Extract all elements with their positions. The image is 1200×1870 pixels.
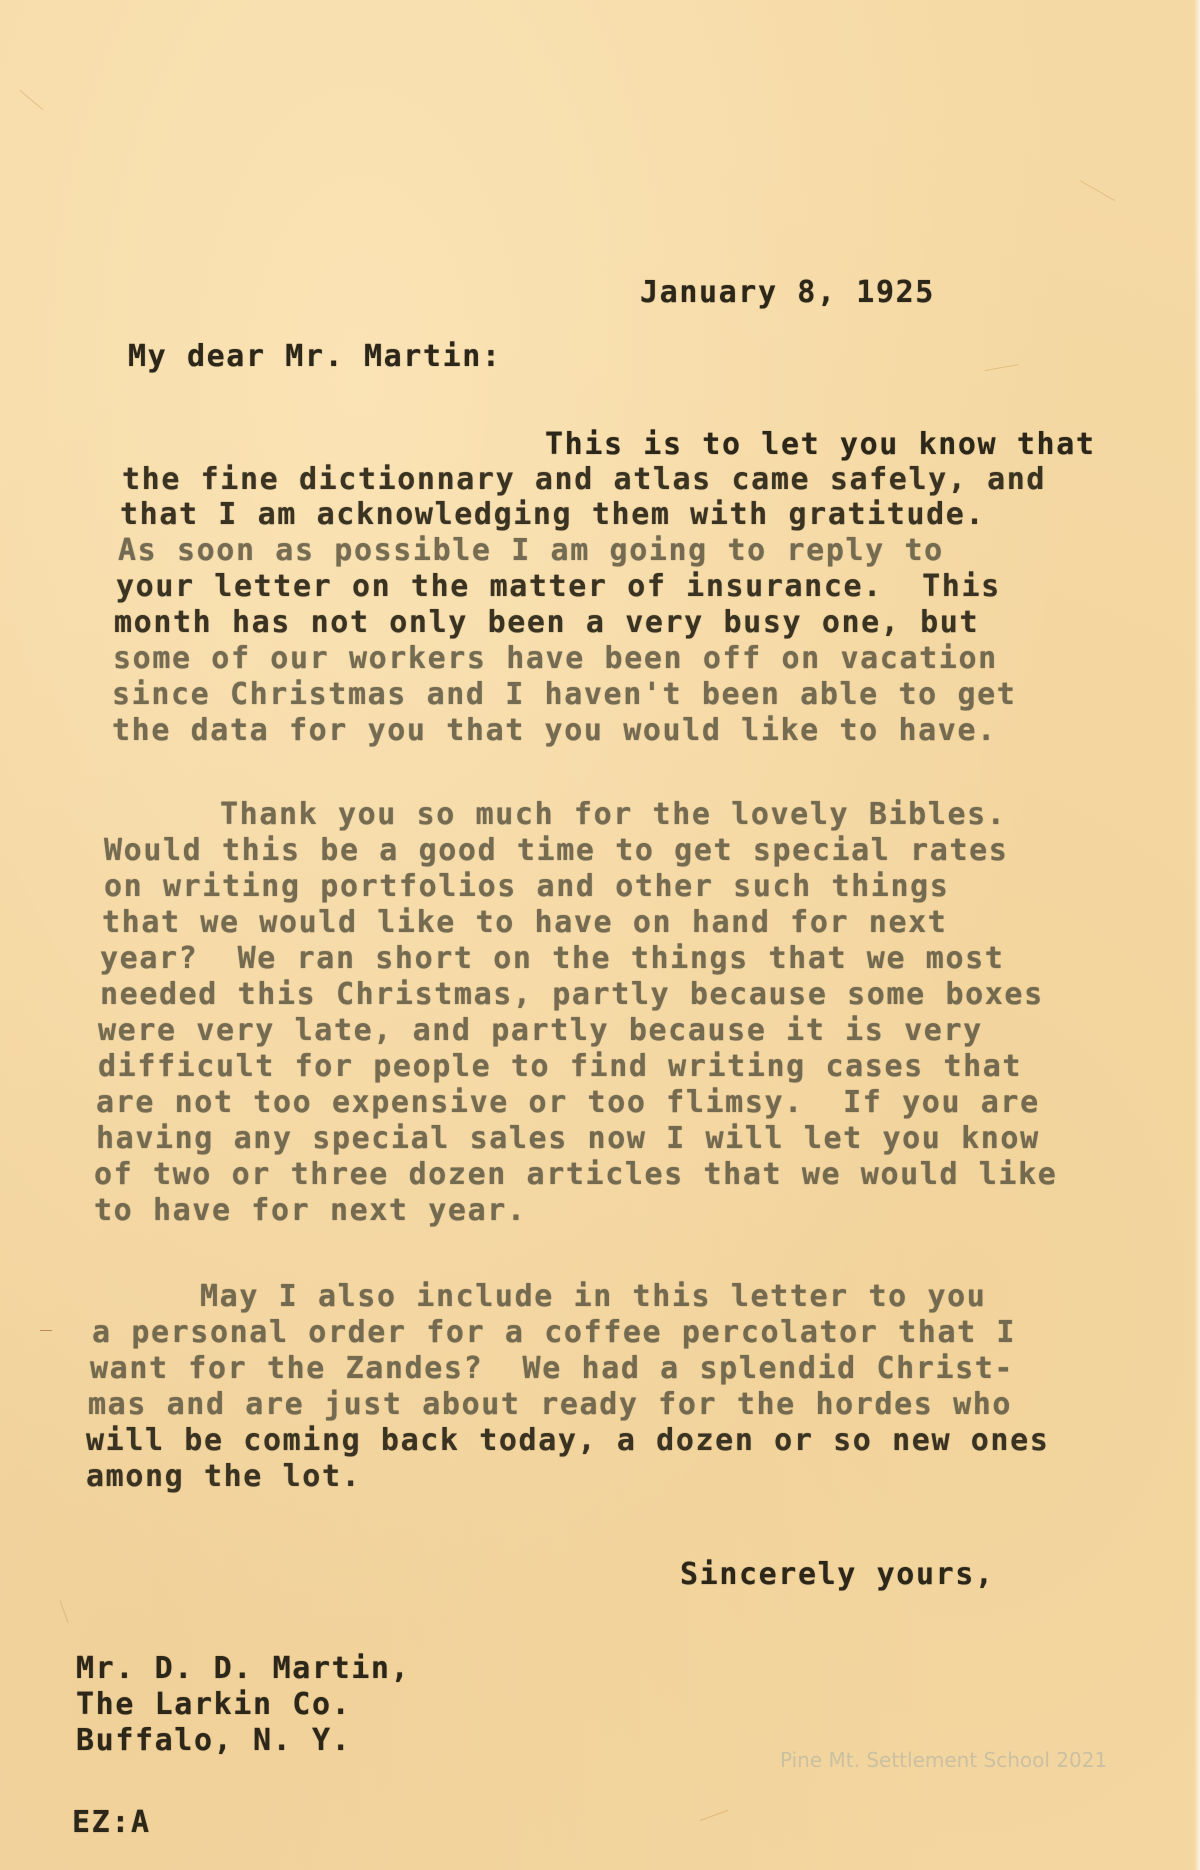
paragraph-line: to have for next year. — [94, 1196, 527, 1226]
salutation: My dear Mr. Martin: — [128, 342, 502, 372]
reference-initials: EZ:A — [72, 1808, 151, 1838]
paragraph-line: the fine dictionnary and atlas came safe… — [122, 465, 1046, 495]
paragraph-line: This is to let you know that — [545, 430, 1096, 460]
archive-watermark: Pine Mt. Settlement School 2021 — [780, 1748, 1107, 1772]
paragraph-line: mas and are just about ready for the hor… — [88, 1390, 1012, 1420]
address-line: Buffalo, N. Y. — [76, 1726, 351, 1756]
paper-edge — [1194, 0, 1200, 1870]
letter-page: January 8, 1925 My dear Mr. Martin: This… — [0, 0, 1200, 1870]
paragraph-line: on writing portfolios and other such thi… — [104, 872, 949, 902]
paragraph-line: of two or three dozen articles that we w… — [94, 1160, 1057, 1190]
paper-fiber — [20, 90, 44, 110]
paragraph-line: some of our workers have been off on vac… — [113, 644, 998, 674]
paragraph-line: Would this be a good time to get special… — [104, 836, 1008, 866]
paragraph-line: want for the Zandes? We had a splendid C… — [90, 1354, 1014, 1384]
letter-date: January 8, 1925 — [640, 278, 935, 308]
paragraph-line: Thank you so much for the lovely Bibles. — [220, 800, 1006, 830]
paragraph-line: a personal order for a coffee percolator… — [92, 1318, 1016, 1348]
paper-fiber — [60, 1600, 69, 1623]
paragraph-line: that I am acknowledging them with gratit… — [120, 500, 985, 530]
paper-mark — [40, 1330, 52, 1331]
paragraph-line: needed this Christmas, partly because so… — [100, 980, 1044, 1010]
paragraph-line: among the lot. — [86, 1462, 361, 1492]
paper-fiber — [1080, 180, 1115, 201]
paragraph-line: were very late, and partly because it is… — [98, 1016, 983, 1046]
paragraph-line: having any special sales now I will let … — [96, 1124, 1040, 1154]
paragraph-line: As soon as possible I am going to reply … — [118, 536, 944, 566]
paragraph-line: will be coming back today, a dozen or so… — [86, 1426, 1049, 1456]
closing: Sincerely yours, — [680, 1560, 995, 1590]
address-line: Mr. D. D. Martin, — [76, 1654, 410, 1684]
address-line: The Larkin Co. — [76, 1690, 351, 1720]
paragraph-line: that we would like to have on hand for n… — [102, 908, 947, 938]
paragraph-line: since Christmas and I haven't been able … — [112, 680, 1016, 710]
paragraph-line: year? We ran short on the things that we… — [100, 944, 1004, 974]
paragraph-line: your letter on the matter of insurance. … — [116, 572, 1001, 602]
paragraph-line: the data for you that you would like to … — [112, 716, 997, 746]
paper-fiber — [985, 364, 1019, 371]
paper-fiber — [700, 1810, 729, 1821]
paragraph-line: are not too expensive or too flimsy. If … — [96, 1088, 1040, 1118]
paragraph-line: difficult for people to find writing cas… — [98, 1052, 1022, 1082]
paragraph-line: May I also include in this letter to you — [200, 1282, 986, 1312]
paragraph-line: month has not only been a very busy one,… — [114, 608, 979, 638]
